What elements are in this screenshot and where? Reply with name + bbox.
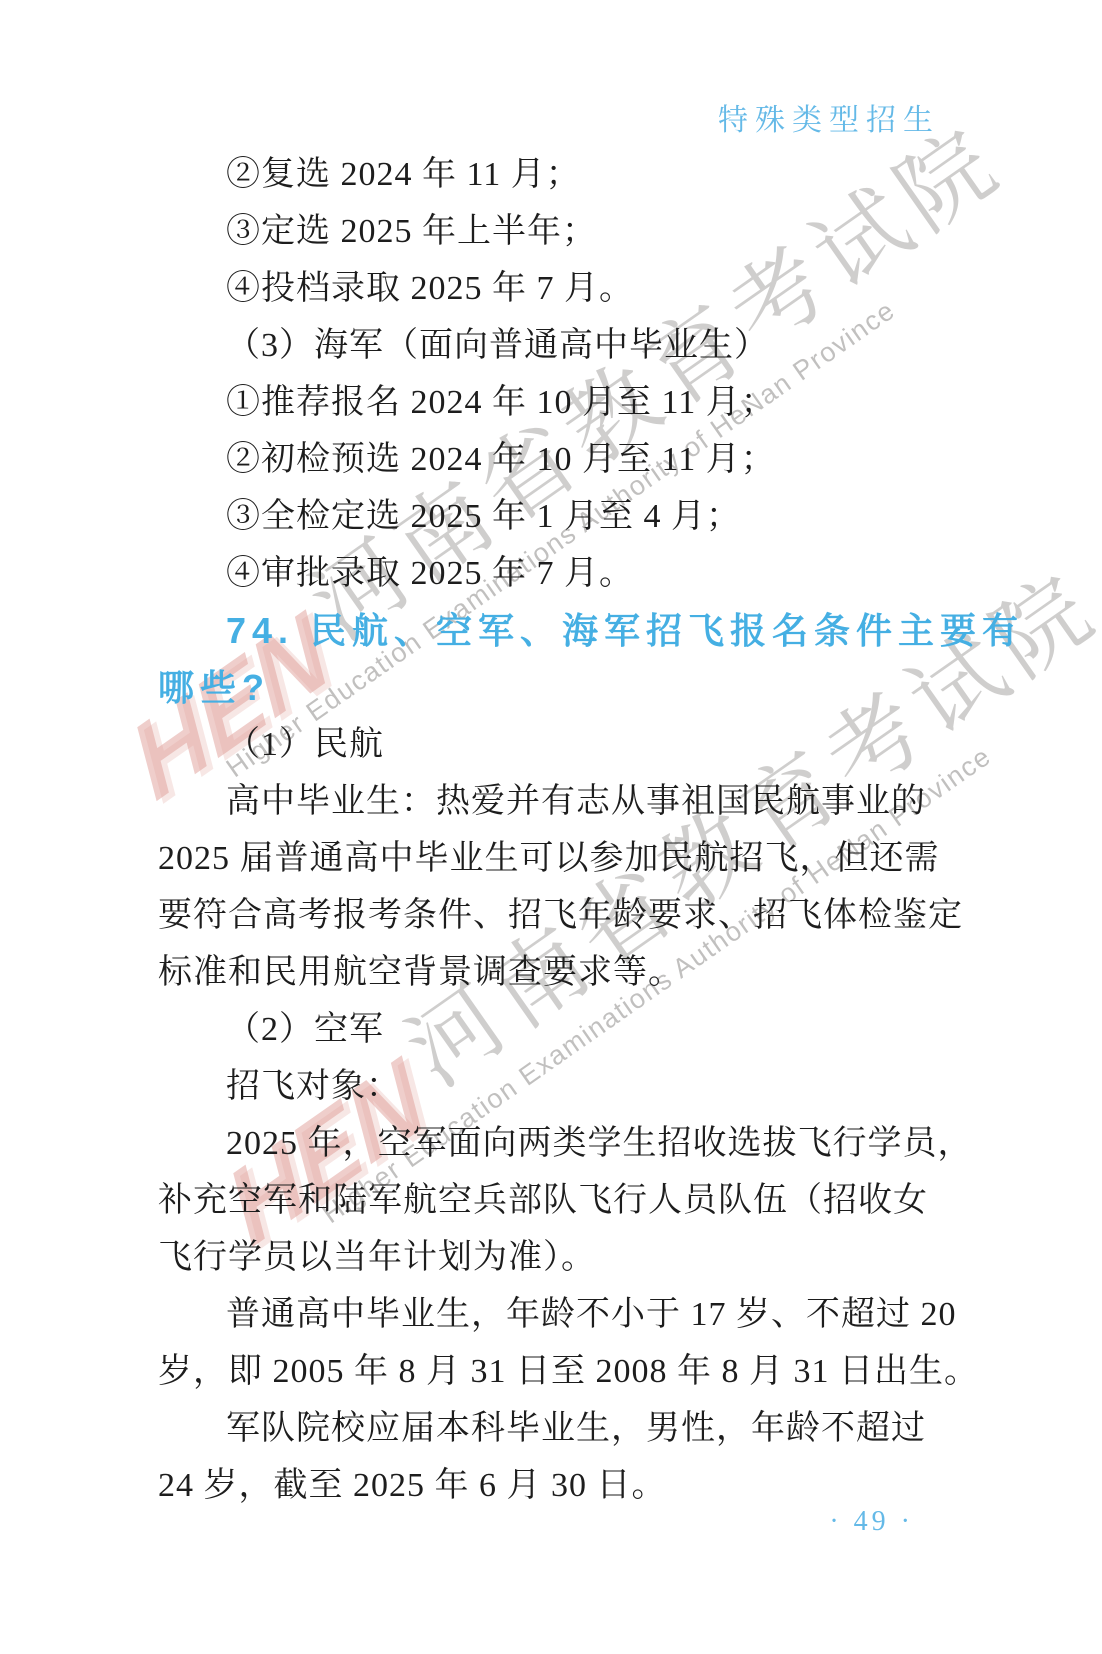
body-text-line: 普通高中毕业生，年龄不小于 17 岁、不超过 20 bbox=[158, 1286, 950, 1343]
section-heading-line: （2）空军 bbox=[158, 1001, 950, 1058]
body-text-line: ②初检预选 2024 年 10 月至 11 月； bbox=[158, 431, 950, 488]
body-text-line: 补充空军和陆军航空兵部队飞行人员队伍（招收女 bbox=[158, 1172, 950, 1229]
body-text-line: 高中毕业生：热爱并有志从事祖国民航事业的 bbox=[158, 773, 950, 830]
body-text-line: 2025 届普通高中毕业生可以参加民航招飞，但还需 bbox=[158, 830, 950, 887]
body-text-line: 2025 年，空军面向两类学生招收选拔飞行学员， bbox=[158, 1115, 950, 1172]
body-text-line: ④审批录取 2025 年 7 月。 bbox=[158, 545, 950, 602]
question-heading-line: 74. 民航、空军、海军招飞报名条件主要有 bbox=[158, 602, 950, 659]
page-number: · 49 · bbox=[829, 1506, 914, 1538]
section-heading-line: （1）民航 bbox=[158, 716, 950, 773]
body-text-line: 岁，即 2005 年 8 月 31 日至 2008 年 8 月 31 日出生。 bbox=[158, 1343, 950, 1400]
body-text-line: ③定选 2025 年上半年； bbox=[158, 203, 950, 260]
body-text-line: 招飞对象： bbox=[158, 1058, 950, 1115]
body-text-line: ①推荐报名 2024 年 10 月至 11 月； bbox=[158, 374, 950, 431]
body-text-line: ③全检定选 2025 年 1 月至 4 月； bbox=[158, 488, 950, 545]
body-text-line: ②复选 2024 年 11 月； bbox=[158, 146, 950, 203]
body-text-line: 飞行学员以当年计划为准）。 bbox=[158, 1229, 950, 1286]
body-text-line: 标准和民用航空背景调查要求等。 bbox=[158, 944, 950, 1001]
question-heading-line: 哪些? bbox=[158, 659, 950, 716]
page-header-title: 特殊类型招生 bbox=[718, 95, 940, 139]
body-text-line: 要符合高考报考条件、招飞年龄要求、招飞体检鉴定 bbox=[158, 887, 950, 944]
body-text-line: ④投档录取 2025 年 7 月。 bbox=[158, 260, 950, 317]
section-heading-line: （3）海军（面向普通高中毕业生） bbox=[158, 317, 950, 374]
content-area: ②复选 2024 年 11 月； ③定选 2025 年上半年； ④投档录取 20… bbox=[158, 146, 950, 1514]
body-text-line: 军队院校应届本科毕业生，男性，年龄不超过 bbox=[158, 1400, 950, 1457]
